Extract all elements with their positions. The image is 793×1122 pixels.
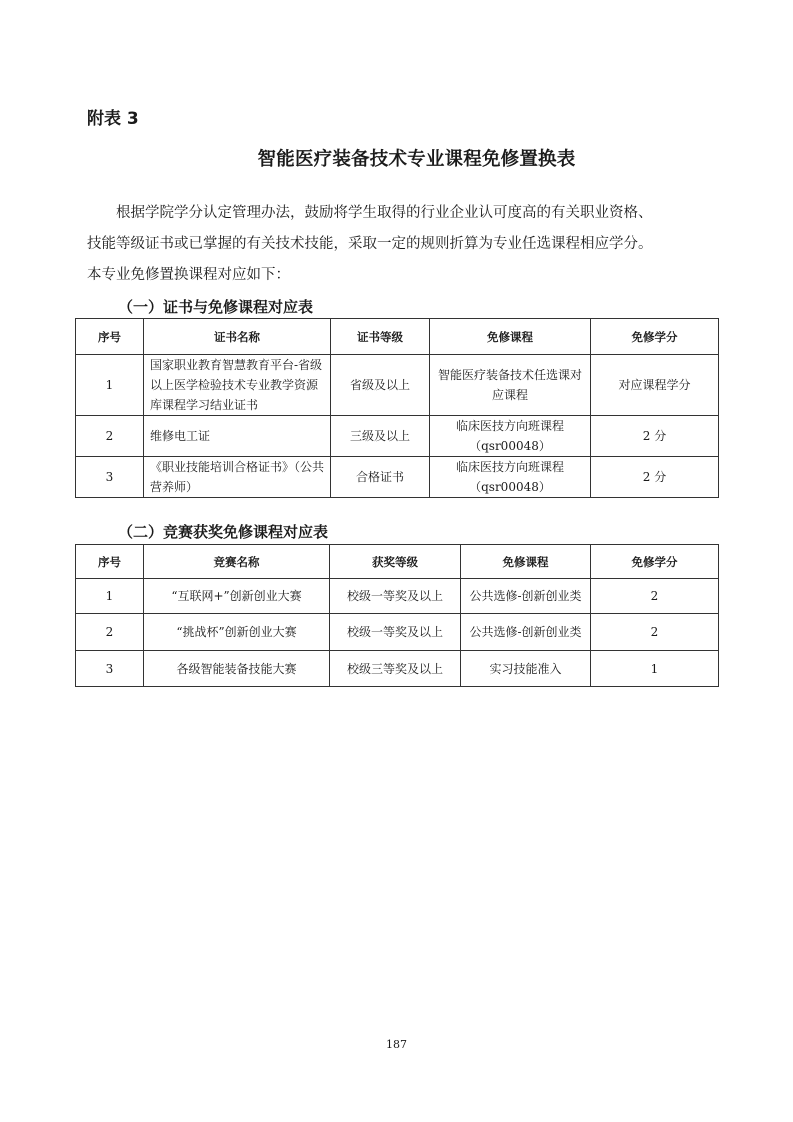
- table-row: 3 《职业技能培训合格证书》（公共营养师） 合格证书 临床医技方向班课程（qsr…: [76, 457, 719, 498]
- cell-exempt-credit: 2: [591, 614, 719, 651]
- table-row: 1 国家职业教育智慧教育平台-省级以上医学检验技术专业教学资源库课程学习结业证书…: [76, 355, 719, 416]
- table-row: 2 维修电工证 三级及以上 临床医技方向班课程（qsr00048） 2 分: [76, 416, 719, 457]
- header-cert-level: 证书等级: [331, 319, 430, 355]
- header-exempt-credit: 免修学分: [591, 319, 719, 355]
- table-header-row: 序号 证书名称 证书等级 免修课程 免修学分: [76, 319, 719, 355]
- header-no: 序号: [76, 319, 144, 355]
- cell-no: 1: [76, 355, 144, 416]
- cell-cert-name: 维修电工证: [144, 416, 331, 457]
- cell-exempt-course: 临床医技方向班课程（qsr00048）: [430, 457, 591, 498]
- table-header-row: 序号 竞赛名称 获奖等级 免修课程 免修学分: [76, 545, 719, 579]
- cell-award-level: 校级一等奖及以上: [330, 614, 461, 651]
- page-number: 187: [0, 1038, 793, 1051]
- section-title-certificates: （一）证书与免修课程对应表: [118, 296, 313, 317]
- header-exempt-course: 免修课程: [461, 545, 591, 579]
- intro-line-2: 技能等级证书或已掌握的有关技术技能，采取一定的规则折算为专业任选课程相应学分。: [87, 229, 717, 260]
- certificate-table: 序号 证书名称 证书等级 免修课程 免修学分 1 国家职业教育智慧教育平台-省级…: [75, 318, 719, 498]
- header-cert-name: 证书名称: [144, 319, 331, 355]
- intro-line-3: 本专业免修置换课程对应如下：: [87, 260, 717, 291]
- cell-exempt-course: 临床医技方向班课程（qsr00048）: [430, 416, 591, 457]
- table-row: 3 各级智能装备技能大赛 校级三等奖及以上 实习技能准入 1: [76, 651, 719, 687]
- table-row: 2 “挑战杯”创新创业大赛 校级一等奖及以上 公共选修-创新创业类 2: [76, 614, 719, 651]
- header-exempt-credit: 免修学分: [591, 545, 719, 579]
- cell-cert-level: 合格证书: [331, 457, 430, 498]
- cell-no: 3: [76, 457, 144, 498]
- table-row: 1 “互联网+”创新创业大赛 校级一等奖及以上 公共选修-创新创业类 2: [76, 579, 719, 614]
- cell-award-level: 校级一等奖及以上: [330, 579, 461, 614]
- cell-cert-name: 《职业技能培训合格证书》（公共营养师）: [144, 457, 331, 498]
- cell-cert-level: 省级及以上: [331, 355, 430, 416]
- cell-exempt-course: 公共选修-创新创业类: [461, 579, 591, 614]
- annex-label: 附表 3: [87, 104, 139, 129]
- cell-exempt-credit: 1: [591, 651, 719, 687]
- cell-exempt-credit: 2: [591, 579, 719, 614]
- cell-no: 3: [76, 651, 144, 687]
- cell-no: 1: [76, 579, 144, 614]
- cell-competition-name: “互联网+”创新创业大赛: [144, 579, 330, 614]
- cell-competition-name: 各级智能装备技能大赛: [144, 651, 330, 687]
- cell-exempt-course: 公共选修-创新创业类: [461, 614, 591, 651]
- cell-exempt-course: 智能医疗装备技术任选课对应课程: [430, 355, 591, 416]
- competition-table: 序号 竞赛名称 获奖等级 免修课程 免修学分 1 “互联网+”创新创业大赛 校级…: [75, 544, 719, 687]
- header-competition-name: 竞赛名称: [144, 545, 330, 579]
- section-title-competitions: （二）竞赛获奖免修课程对应表: [118, 521, 328, 542]
- intro-line-1: 根据学院学分认定管理办法，鼓励将学生取得的行业企业认可度高的有关职业资格、: [87, 198, 717, 229]
- cell-cert-name: 国家职业教育智慧教育平台-省级以上医学检验技术专业教学资源库课程学习结业证书: [144, 355, 331, 416]
- cell-exempt-credit: 2 分: [591, 457, 719, 498]
- header-exempt-course: 免修课程: [430, 319, 591, 355]
- cell-no: 2: [76, 614, 144, 651]
- header-award-level: 获奖等级: [330, 545, 461, 579]
- cell-award-level: 校级三等奖及以上: [330, 651, 461, 687]
- intro-paragraph: 根据学院学分认定管理办法，鼓励将学生取得的行业企业认可度高的有关职业资格、 技能…: [87, 198, 717, 291]
- cell-no: 2: [76, 416, 144, 457]
- document-title: 智能医疗装备技术专业课程免修置换表: [0, 145, 793, 171]
- cell-exempt-credit: 2 分: [591, 416, 719, 457]
- cell-exempt-course: 实习技能准入: [461, 651, 591, 687]
- cell-cert-level: 三级及以上: [331, 416, 430, 457]
- header-no: 序号: [76, 545, 144, 579]
- cell-competition-name: “挑战杯”创新创业大赛: [144, 614, 330, 651]
- cell-exempt-credit: 对应课程学分: [591, 355, 719, 416]
